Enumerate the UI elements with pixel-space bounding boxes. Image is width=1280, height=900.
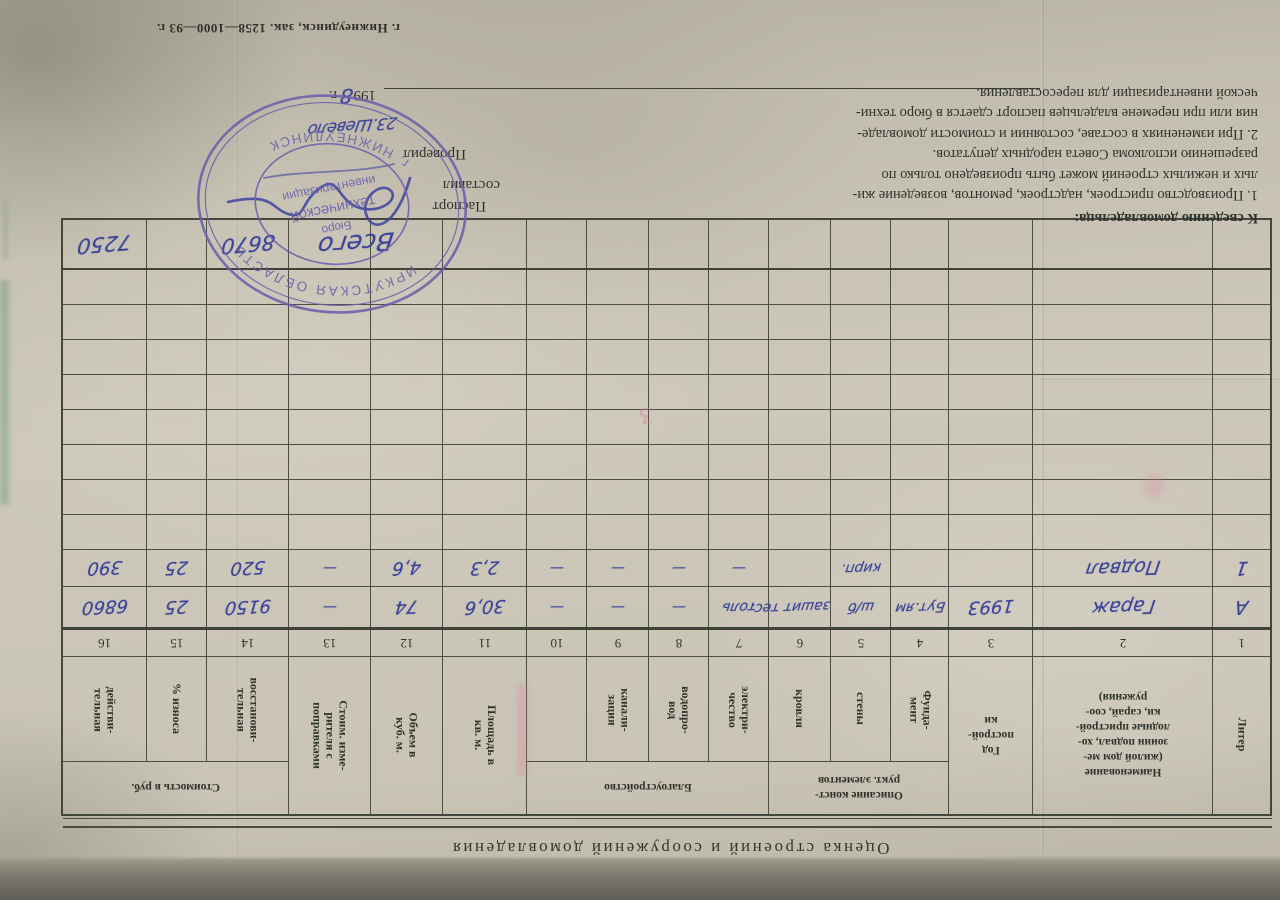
empty-cell [62, 305, 147, 340]
empty-cell [709, 305, 769, 340]
col-num: 12 [371, 629, 443, 657]
empty-cell [891, 480, 949, 515]
empty-cell [769, 269, 831, 305]
empty-cell [147, 305, 207, 340]
empty-cell [949, 305, 1033, 340]
date-line: 1998 г. [329, 84, 1040, 108]
empty-cell [831, 410, 891, 445]
empty-cell [62, 269, 147, 305]
col-num: 10 [527, 629, 587, 657]
empty-cell [62, 375, 147, 410]
empty-cell [289, 445, 371, 480]
year-g: г. [329, 87, 337, 103]
empty-cell [527, 445, 587, 480]
col-num: 6 [769, 629, 831, 657]
table-empty-row [62, 480, 1271, 515]
table-row-basement: 1 Подвал кирп. — — — — 2,3 4,6 — 520 25 … [62, 550, 1271, 587]
liter-value: 1 [1234, 557, 1249, 579]
empty-cell [891, 375, 949, 410]
empty-cell [207, 375, 289, 410]
empty-cell [891, 445, 949, 480]
empty-cell [649, 410, 709, 445]
empty-cell [831, 445, 891, 480]
empty-cell [443, 340, 527, 375]
dash-mark: — [549, 560, 565, 576]
empty-cell [207, 410, 289, 445]
empty-cell [443, 480, 527, 515]
empty-cell [649, 340, 709, 375]
table-empty-row [62, 305, 1271, 340]
empty-cell [891, 305, 949, 340]
empty-cell [949, 445, 1033, 480]
empty-cell [1033, 480, 1213, 515]
valuation-table: Литер Наименование (жилой дом ме- зонин … [61, 218, 1272, 816]
empty-cell [1033, 305, 1213, 340]
empty-cell [62, 515, 147, 550]
empty-cell [371, 269, 443, 305]
volume-value: 4,6 [392, 557, 423, 579]
empty-cell [891, 269, 949, 305]
empty-cell [769, 375, 831, 410]
empty-cell [649, 375, 709, 410]
foundation-note: Бут.ям [894, 598, 946, 616]
empty-cell [709, 269, 769, 305]
empty-cell [1033, 269, 1213, 305]
empty-cell [587, 445, 649, 480]
year-printed: 199 [354, 87, 377, 103]
col-header-roof: кровля [769, 657, 831, 762]
empty-cell [831, 269, 891, 305]
empty-cell [709, 410, 769, 445]
empty-cell [207, 480, 289, 515]
empty-cell [147, 340, 207, 375]
empty-cell [769, 410, 831, 445]
empty-cell [709, 480, 769, 515]
empty-cell [949, 480, 1033, 515]
dash-mark: — [671, 560, 687, 576]
group-header-amenities: Благоустройство [527, 762, 769, 816]
empty-cell [62, 480, 147, 515]
empty-cell [527, 340, 587, 375]
col-header-area: Площадь в кв. м. [443, 657, 527, 816]
empty-cell [443, 410, 527, 445]
liter-value: А [1234, 596, 1250, 618]
empty-cell [1033, 410, 1213, 445]
green-edge-mark [0, 280, 9, 505]
blank-rule [384, 88, 1040, 89]
empty-cell [147, 375, 207, 410]
empty-cell [769, 515, 831, 550]
table-surface-edge [0, 856, 1280, 900]
empty-cell [1213, 269, 1271, 305]
dash-mark: — [322, 560, 338, 576]
col-num: 16 [62, 629, 147, 657]
restored-value: 9150 [224, 595, 272, 618]
empty-cell [289, 410, 371, 445]
dash-mark: — [731, 560, 747, 576]
col-header-electricity: электри- чество [709, 657, 769, 762]
empty-cell [1213, 340, 1271, 375]
dash-mark: — [610, 599, 626, 615]
col-header-liter: Литер [1213, 657, 1271, 816]
empty-cell [371, 340, 443, 375]
print-shop-imprint: г. Нижнеудинск, зак. 1258—1000—93 г. [156, 20, 400, 36]
empty-cell [1033, 445, 1213, 480]
pink-ink-smudge [518, 684, 528, 776]
empty-cell [371, 515, 443, 550]
col-header-restored-value: восстанови- тельная [207, 657, 289, 762]
notice-heading: К сведению домовладельца: [552, 208, 1258, 229]
empty-cell [831, 375, 891, 410]
empty-cell [527, 269, 587, 305]
document-photo: Оценка строений и сооружений домовладени… [0, 0, 1280, 900]
empty-cell [949, 410, 1033, 445]
empty-cell [587, 480, 649, 515]
empty-cell [649, 305, 709, 340]
col-num: 9 [587, 629, 649, 657]
empty-cell [147, 480, 207, 515]
col-num: 8 [649, 629, 709, 657]
col-header-blank [527, 657, 587, 762]
col-num: 1 [1213, 629, 1271, 657]
empty-cell [769, 305, 831, 340]
empty-cell [649, 269, 709, 305]
empty-cell [443, 305, 527, 340]
empty-cell [649, 515, 709, 550]
header-group-row: Литер Наименование (жилой дом ме- зонин … [62, 762, 1271, 816]
photo-viewport: Оценка строений и сооружений домовладени… [0, 0, 1280, 900]
empty-cell [207, 515, 289, 550]
empty-cell [289, 480, 371, 515]
green-edge-mark [3, 200, 8, 260]
col-header-foundation: Фунда- мент [891, 657, 949, 762]
empty-cell [289, 515, 371, 550]
col-header-year: Год построй- ки [949, 657, 1033, 816]
empty-cell [769, 340, 831, 375]
empty-cell [207, 445, 289, 480]
group-header-construction: Описание конст- рукт. элементов [769, 762, 949, 816]
col-num: 13 [289, 629, 371, 657]
col-num: 15 [147, 629, 207, 657]
year-built: 1993 [967, 595, 1015, 618]
empty-cell [769, 445, 831, 480]
totals-actual: 7250 [77, 230, 133, 259]
empty-cell [62, 340, 147, 375]
group-header-cost: Стоимость в руб. [62, 762, 289, 816]
empty-cell [831, 340, 891, 375]
empty-cell [527, 375, 587, 410]
table-empty-row [62, 515, 1271, 550]
empty-cell [769, 480, 831, 515]
empty-cell [527, 410, 587, 445]
building-name: Гараж [1090, 595, 1157, 619]
empty-cell [371, 480, 443, 515]
empty-cell [207, 269, 289, 305]
col-header-actual-value: действи- тельная [62, 657, 147, 762]
empty-cell [147, 269, 207, 305]
empty-cell [891, 410, 949, 445]
empty-cell [587, 305, 649, 340]
empty-cell [1033, 340, 1213, 375]
empty-cell [831, 480, 891, 515]
empty-cell [949, 515, 1033, 550]
empty-cell [649, 445, 709, 480]
col-header-sewer: канали- зация [587, 657, 649, 762]
empty-cell [1213, 410, 1271, 445]
empty-cell [289, 340, 371, 375]
empty-cell [1033, 515, 1213, 550]
empty-cell [207, 340, 289, 375]
empty-cell [147, 410, 207, 445]
col-header-water: водопро- вод [649, 657, 709, 762]
dash-mark: — [322, 599, 338, 615]
empty-cell [587, 340, 649, 375]
dash-mark: — [671, 599, 687, 615]
restored-value: 520 [230, 557, 266, 580]
title-rule [63, 818, 1272, 828]
empty-cell [527, 480, 587, 515]
empty-cell [527, 515, 587, 550]
empty-cell [289, 269, 371, 305]
empty-cell [709, 340, 769, 375]
col-num: 4 [891, 629, 949, 657]
empty-cell [1213, 305, 1271, 340]
roof-note: зашит тес. [750, 598, 832, 617]
table-empty-row [62, 269, 1271, 305]
empty-cell [831, 515, 891, 550]
col-num: 11 [443, 629, 527, 657]
dash-mark: — [549, 599, 565, 615]
table-empty-row [62, 445, 1271, 480]
col-num: 2 [1033, 629, 1213, 657]
empty-cell [587, 269, 649, 305]
empty-cell [649, 480, 709, 515]
actual-value: 390 [86, 557, 122, 580]
construction-note: толь [721, 598, 757, 615]
empty-cell [289, 375, 371, 410]
empty-cell [1033, 375, 1213, 410]
walls-note: кирп. [840, 559, 883, 576]
header-number-row: 1 2 3 4 5 6 7 8 9 10 11 12 13 14 15 16 [62, 629, 1271, 657]
empty-cell [1213, 515, 1271, 550]
pink-ink-smudge: ʒ [608, 385, 653, 437]
empty-cell [289, 305, 371, 340]
compiler-signature [214, 144, 424, 248]
empty-cell [1213, 445, 1271, 480]
col-num: 14 [207, 629, 289, 657]
empty-cell [831, 305, 891, 340]
col-header-volume: Объем в куб. м. [371, 657, 443, 816]
empty-cell [371, 375, 443, 410]
empty-cell [949, 269, 1033, 305]
empty-cell [443, 269, 527, 305]
col-num: 5 [831, 629, 891, 657]
empty-cell [371, 410, 443, 445]
empty-cell [587, 515, 649, 550]
pink-ink-smudge [1144, 474, 1164, 498]
page-title: Оценка строений и сооружений домовладени… [310, 838, 1030, 858]
actual-value: 6860 [81, 595, 129, 618]
col-num: 3 [949, 629, 1033, 657]
empty-cell [949, 340, 1033, 375]
col-num: 7 [709, 629, 769, 657]
empty-cell [1213, 480, 1271, 515]
empty-cell [949, 375, 1033, 410]
col-header-wear: % износа [147, 657, 207, 762]
wear-percent: 25 [164, 557, 189, 579]
empty-cell [891, 340, 949, 375]
empty-cell [891, 515, 949, 550]
area-value: 2,3 [470, 557, 501, 579]
building-name: Подвал [1084, 556, 1162, 581]
empty-cell [443, 445, 527, 480]
empty-cell [527, 305, 587, 340]
table-row-garage: А Гараж 1993 Бут.ям ш/б зашит тес. толь … [62, 587, 1271, 629]
empty-cell [62, 445, 147, 480]
table-empty-row [62, 410, 1271, 445]
walls-note: ш/б [847, 599, 876, 616]
empty-cell [62, 410, 147, 445]
volume-value: 74 [394, 596, 419, 618]
empty-cell [147, 515, 207, 550]
empty-cell [709, 375, 769, 410]
col-header-walls: стены [831, 657, 891, 762]
table-empty-row [62, 375, 1271, 410]
empty-cell [207, 305, 289, 340]
empty-cell [709, 515, 769, 550]
empty-cell [709, 445, 769, 480]
empty-cell [443, 515, 527, 550]
empty-cell [147, 445, 207, 480]
wear-percent: 25 [164, 596, 189, 618]
empty-cell [371, 445, 443, 480]
empty-cell [371, 305, 443, 340]
empty-cell [443, 375, 527, 410]
area-value: 30,6 [464, 595, 506, 618]
dash-mark: — [610, 560, 626, 576]
table-empty-row [62, 340, 1271, 375]
col-header-name: Наименование (жилой дом ме- зонин подвал… [1033, 657, 1213, 816]
empty-cell [1213, 375, 1271, 410]
year-handwritten: 8 [339, 84, 355, 108]
col-header-unit-cost: Стоим. изме- рителя с поправками [289, 657, 371, 816]
